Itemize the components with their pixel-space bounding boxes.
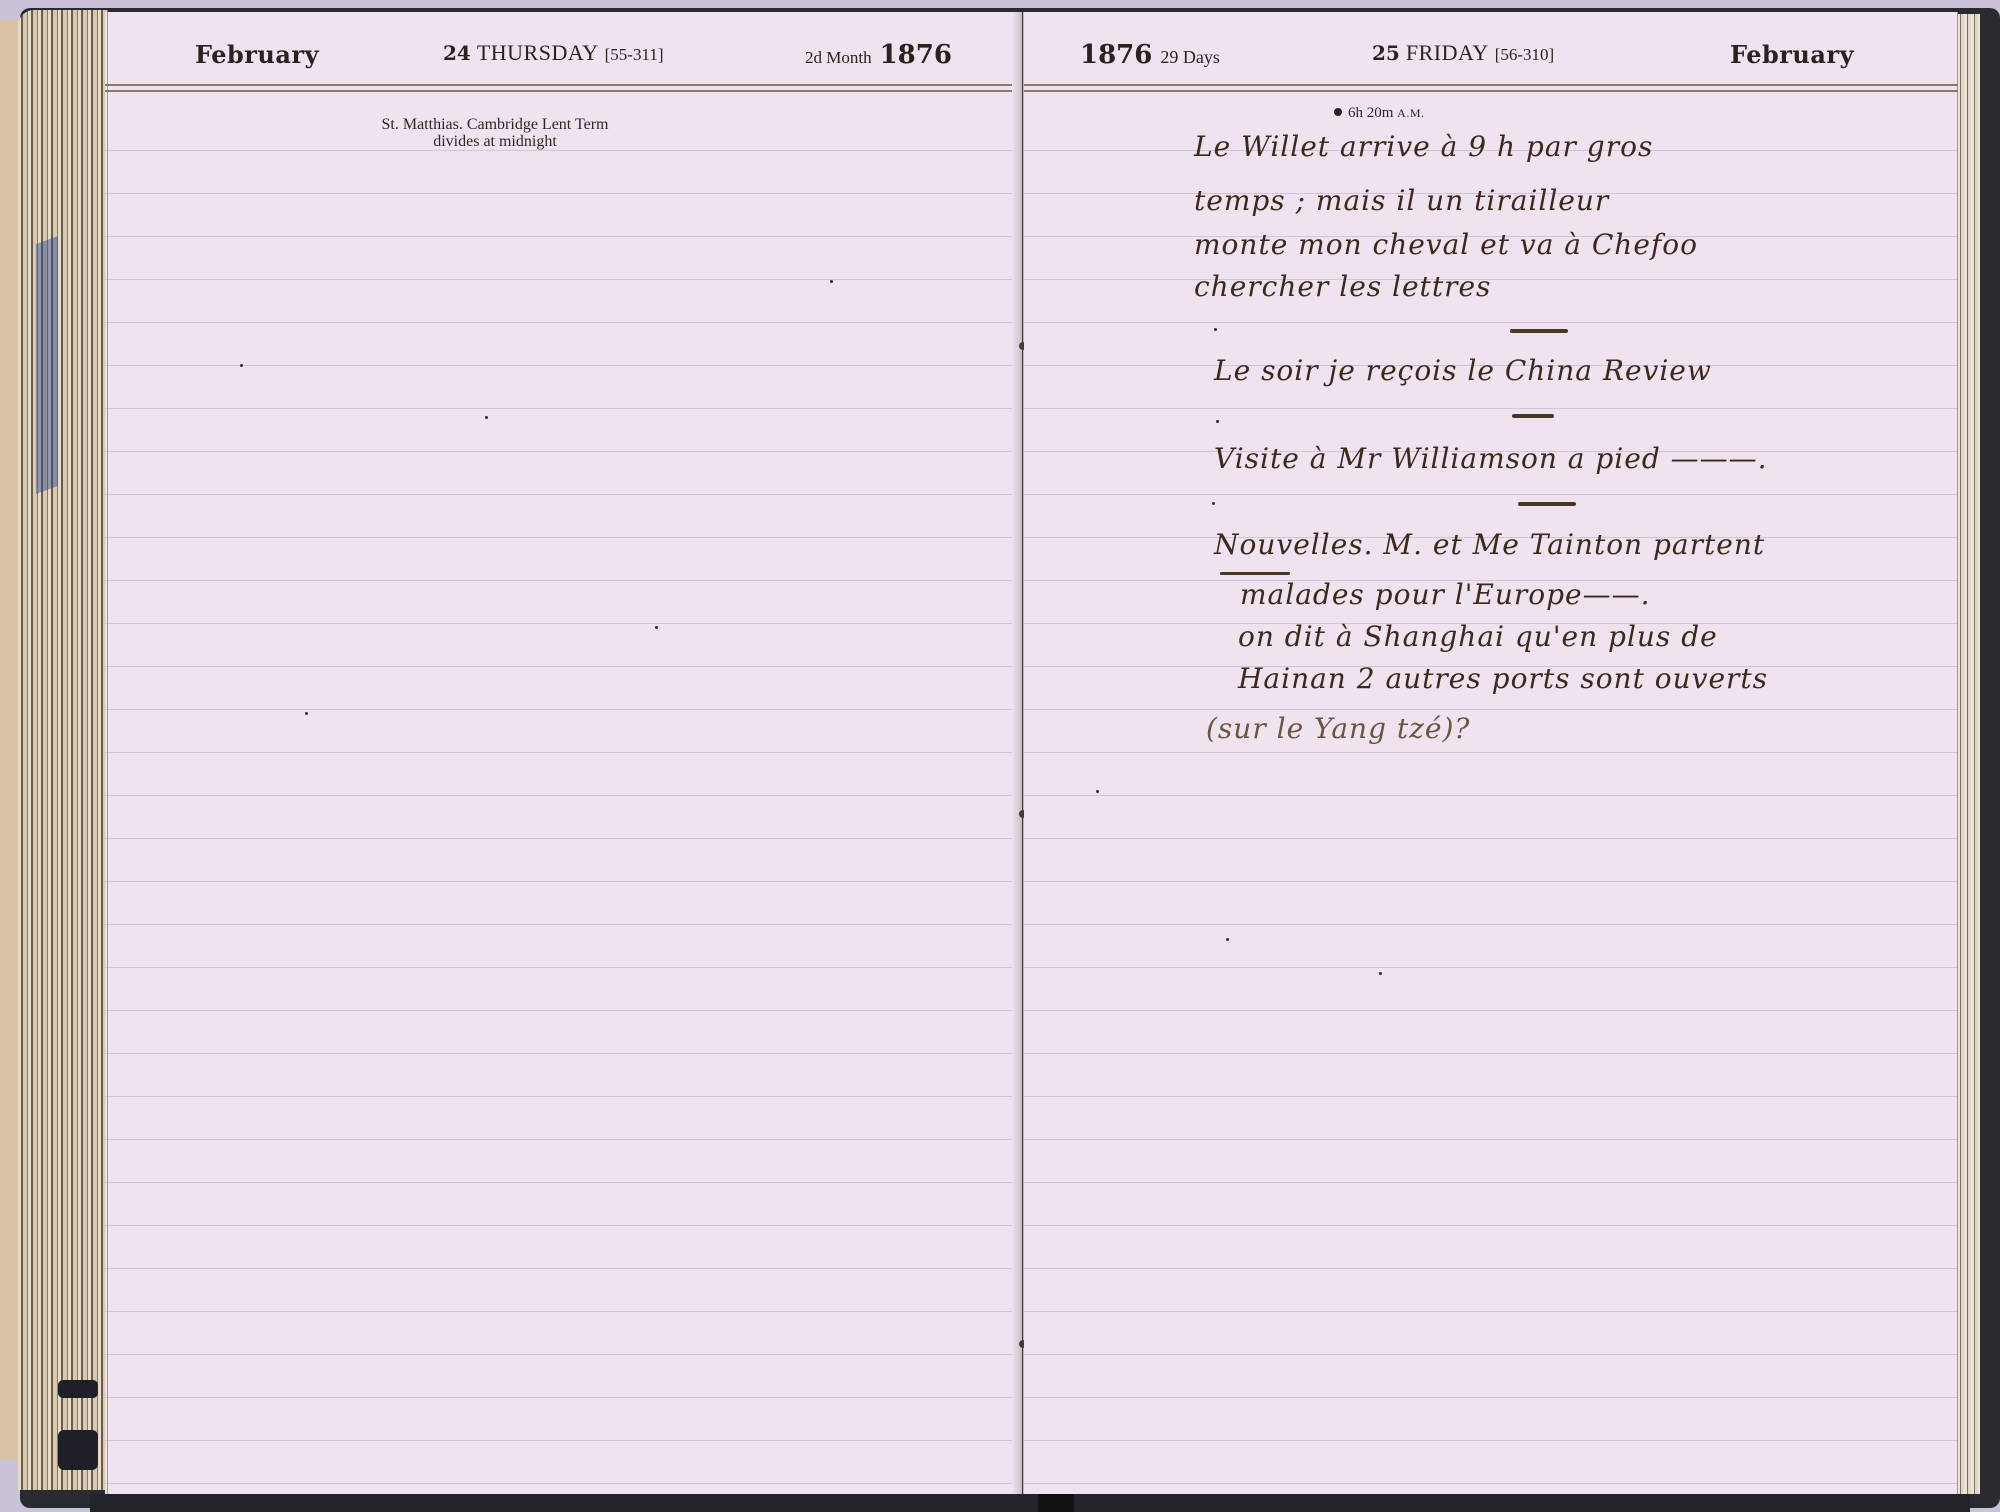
section-divider: [1518, 502, 1576, 506]
handwritten-line: (sur le Yang tzé)?: [1206, 712, 1470, 745]
ruled-lines: [1024, 108, 1958, 1494]
moon-phase: 6h 20m A.M.: [1334, 105, 1425, 122]
moon-ampm: A.M.: [1397, 106, 1424, 120]
heading-underline: [1220, 572, 1290, 575]
day-number: 25: [1372, 41, 1400, 65]
note-line: St. Matthias. Cambridge Lent Term: [330, 116, 660, 133]
section-divider: [1512, 414, 1554, 418]
moon-time: 6h 20m: [1348, 105, 1393, 121]
month-label: February: [1730, 40, 1854, 69]
speck: [655, 626, 658, 629]
right-page: 1876 29 Days 25 FRIDAY [56-310] February…: [1024, 12, 1958, 1494]
handwritten-line: Le soir je reçois le China Review: [1214, 354, 1712, 387]
handwritten-line: chercher les lettres: [1194, 270, 1491, 303]
speck: [1226, 938, 1229, 941]
day-index: [56-310]: [1495, 45, 1554, 65]
section-divider: [1510, 329, 1568, 333]
ruled-lines: [105, 108, 1020, 1494]
day-name: FRIDAY: [1406, 40, 1489, 66]
speck: [1379, 972, 1382, 975]
left-header-date: 24 THURSDAY [55-311]: [443, 40, 663, 80]
speck: [240, 364, 243, 367]
speck: [830, 280, 833, 283]
speck: [1212, 502, 1215, 505]
speck: [1216, 420, 1219, 423]
note-line: divides at midnight: [330, 133, 660, 150]
printed-note: St. Matthias. Cambridge Lent Term divide…: [330, 116, 660, 150]
day-index: [55-311]: [605, 45, 664, 65]
speck: [1096, 790, 1099, 793]
left-page-edges: [18, 10, 108, 1490]
month-days: 29 Days: [1160, 47, 1220, 68]
cover-bottom-edge: [90, 1494, 1970, 1512]
right-header-month: February: [1730, 40, 1854, 80]
margin-rule: [1957, 12, 1958, 1494]
handwritten-line: Hainan 2 autres ports sont ouverts: [1238, 662, 1768, 695]
ink-stain: [58, 1380, 98, 1398]
ink-stain: [36, 236, 58, 494]
left-header-month: February: [195, 40, 319, 80]
year-label: 1876: [880, 40, 952, 70]
header-rule: [105, 84, 1020, 86]
year-label: 1876: [1080, 40, 1152, 70]
speck: [485, 416, 488, 419]
speck: [1214, 328, 1217, 331]
left-header-year: 2d Month 1876: [805, 40, 952, 80]
handwritten-line: monte mon cheval et va à Chefoo: [1194, 228, 1698, 261]
header-rule: [1024, 90, 1958, 92]
right-header-date: 25 FRIDAY [56-310]: [1372, 40, 1554, 80]
margin-rule: [107, 12, 108, 1494]
month-ordinal: 2d Month: [805, 48, 872, 68]
handwritten-line: malades pour l'Europe——.: [1240, 578, 1651, 611]
handwritten-line: Le Willet arrive à 9 h par gros: [1194, 130, 1653, 163]
day-name: THURSDAY: [477, 40, 599, 66]
bookmark-ribbon: [1038, 1494, 1074, 1512]
handwritten-line: Visite à Mr Williamson a pied ———.: [1214, 442, 1768, 475]
handwritten-line: on dit à Shanghai qu'en plus de: [1238, 620, 1718, 653]
ink-stain: [58, 1430, 98, 1470]
header-rule: [1024, 84, 1958, 86]
month-label: February: [195, 40, 319, 69]
day-number: 24: [443, 41, 471, 65]
diary-spread: February 24 THURSDAY [55-311] 2d Month 1…: [0, 0, 2000, 1512]
handwritten-line: temps ; mais il un tirailleur: [1194, 184, 1609, 217]
gutter-crease: [1022, 12, 1023, 1494]
new-moon-icon: [1334, 108, 1342, 116]
handwritten-line: Nouvelles. M. et Me Tainton partent: [1214, 528, 1765, 561]
speck: [305, 712, 308, 715]
left-page: February 24 THURSDAY [55-311] 2d Month 1…: [105, 12, 1020, 1494]
right-header-year: 1876 29 Days: [1080, 40, 1220, 80]
header-rule: [105, 90, 1020, 92]
